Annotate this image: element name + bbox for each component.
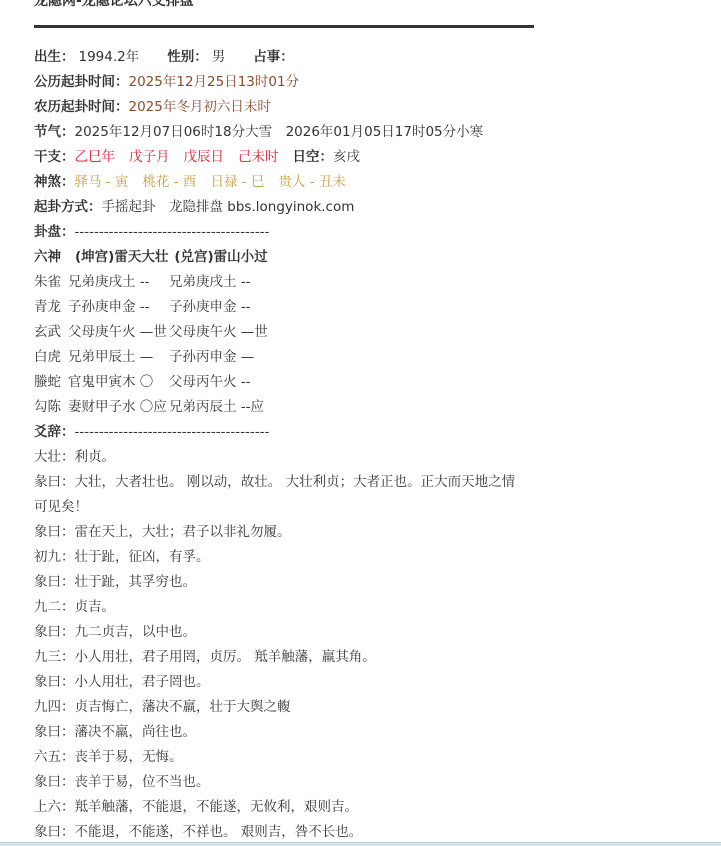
hexagram-row: 白虎兄弟甲辰土 —子孙丙申金 — [34,345,534,370]
yaoci-line: 象曰：丧羊于易，位不当也。 [34,770,534,795]
bottom-toolbar-edge [0,842,721,846]
solar-terms-line: 节气：2025年12月07日06时18分大雪 2026年01月05日17时05分… [34,120,534,145]
divination-page: 龙隐网-龙隐论坛六爻排盘 出生：1994.2年性别：男占事： 公历起卦时间：20… [34,0,534,845]
yaoci-line: 九二：贞吉。 [34,595,534,620]
birth-gender-line: 出生：1994.2年性别：男占事： [34,45,534,70]
yaoci-line: 可见矣！ [34,495,534,520]
lunar-time-value: 2025年冬月初六日未时 [129,99,271,115]
matter-label: 占事： [253,49,294,65]
yaoci-line: 象曰：藩决不羸，尚往也。 [34,720,534,745]
info-section: 出生：1994.2年性别：男占事： 公历起卦时间：2025年12月25日13时0… [34,45,534,845]
yaoci-line: 初九：壮于趾，征凶，有孚。 [34,545,534,570]
changed-line: 兄弟庚戌土 -- [169,274,251,290]
method-value: 手摇起卦 龙隐排盘 bbs.longyinok.com [102,199,355,215]
shensha-taohua: 桃花 - 酉 [142,174,196,190]
chart-divider: ---------------------------------------- [75,224,270,240]
yaoci-line: 九四：贞吉悔亡，藩决不羸，壮于大舆之輹 [34,695,534,720]
six-god: 勾陈 [34,395,68,420]
hexagram-header-gods: 六神 [34,249,61,265]
changed-line: 子孙丙申金 — [169,349,254,365]
ganzhi-hour: 己未时 [238,149,279,165]
main-line: 官鬼甲寅木 〇 [68,370,169,395]
main-line: 妻财甲子水 〇应 [68,395,169,420]
gender-label: 性别： [167,49,208,65]
yaoci-line: 彖曰：大壮，大者壮也。 刚以动，故壮。 大壮利贞；大者正也。正大而天地之情 [34,470,534,495]
shensha-line: 神煞：驿马 - 寅桃花 - 酉日禄 - 巳贵人 - 丑未 [34,170,534,195]
title-divider [34,25,534,28]
shensha-yima: 驿马 - 寅 [75,174,129,190]
main-line: 父母庚午火 —世 [68,320,169,345]
solar-time-label: 公历起卦时间： [34,74,129,90]
gender-value: 男 [212,49,226,65]
ganzhi-label: 干支： [34,149,75,165]
six-god: 白虎 [34,345,68,370]
hexagram-row: 青龙子孙庚申金 --子孙庚申金 -- [34,295,534,320]
lunar-time-line: 农历起卦时间：2025年冬月初六日未时 [34,95,534,120]
changed-line: 兄弟丙辰土 --应 [169,399,264,415]
solar-terms-value: 2025年12月07日06时18分大雪 2026年01月05日17时05分小寒 [75,124,484,140]
method-label: 起卦方式： [34,199,102,215]
yaoci-label: 爻辞： [34,424,75,440]
yaoci-line: 象曰：小人用壮，君子罔也。 [34,670,534,695]
hexagram-header: 六神(坤宫)雷天大壮(兑宫)雷山小过 [34,245,534,270]
ganzhi-day: 戊辰日 [184,149,225,165]
yaoci-line: 六五：丧羊于易，无悔。 [34,745,534,770]
shensha-guiren: 贵人 - 丑未 [278,174,345,190]
hexagram-row: 朱雀兄弟庚戌土 --兄弟庚戌土 -- [34,270,534,295]
page-title: 龙隐网-龙隐论坛六爻排盘 [34,0,534,12]
yaoci-line: 九三：小人用壮，君子用罔，贞厉。 羝羊触藩，羸其角。 [34,645,534,670]
main-line: 兄弟甲辰土 — [68,345,169,370]
shensha-label: 神煞： [34,174,75,190]
yaoci-line: 象曰：九二贞吉，以中也。 [34,620,534,645]
void-value: 亥戌 [333,149,360,165]
ganzhi-year: 乙巳年 [75,149,116,165]
lunar-time-label: 农历起卦时间： [34,99,129,115]
six-god: 青龙 [34,295,68,320]
yaoci-line: 象曰：雷在天上，大壮；君子以非礼勿履。 [34,520,534,545]
six-god: 玄武 [34,320,68,345]
solar-time-line: 公历起卦时间：2025年12月25日13时01分 [34,70,534,95]
void-label: 日空： [293,149,334,165]
hexagram-header-changed: (兑宫)雷山小过 [174,249,267,265]
yaoci-label-line: 爻辞：-------------------------------------… [34,420,534,445]
yaoci-divider: ---------------------------------------- [75,424,270,440]
yaoci-line: 上六：羝羊触藩，不能退，不能遂，无攸利，艰则吉。 [34,795,534,820]
main-line: 子孙庚申金 -- [68,295,169,320]
changed-line: 父母庚午火 —世 [169,324,268,340]
chart-label-line: 卦盘：-------------------------------------… [34,220,534,245]
shensha-rilu: 日禄 - 巳 [210,174,264,190]
ganzhi-line: 干支：乙巳年戊子月戊辰日己未时日空：亥戌 [34,145,534,170]
changed-line: 父母丙午火 -- [169,374,251,390]
yaoci-line: 大壮：利贞。 [34,445,534,470]
hexagram-row: 玄武父母庚午火 —世父母庚午火 —世 [34,320,534,345]
birth-value: 1994.2年 [79,49,140,65]
changed-line: 子孙庚申金 -- [169,299,251,315]
six-god: 朱雀 [34,270,68,295]
six-god: 螣蛇 [34,370,68,395]
chart-label: 卦盘： [34,224,75,240]
hexagram-row: 螣蛇官鬼甲寅木 〇父母丙午火 -- [34,370,534,395]
method-line: 起卦方式：手摇起卦 龙隐排盘 bbs.longyinok.com [34,195,534,220]
hexagram-row: 勾陈妻财甲子水 〇应兄弟丙辰土 --应 [34,395,534,420]
solar-time-value: 2025年12月25日13时01分 [129,74,300,90]
ganzhi-month: 戊子月 [129,149,170,165]
main-line: 兄弟庚戌土 -- [68,270,169,295]
yaoci-line: 象曰：壮于趾，其孚穷也。 [34,570,534,595]
solar-terms-label: 节气： [34,124,75,140]
hexagram-header-main: (坤宫)雷天大壮 [75,249,168,265]
birth-label: 出生： [34,49,75,65]
